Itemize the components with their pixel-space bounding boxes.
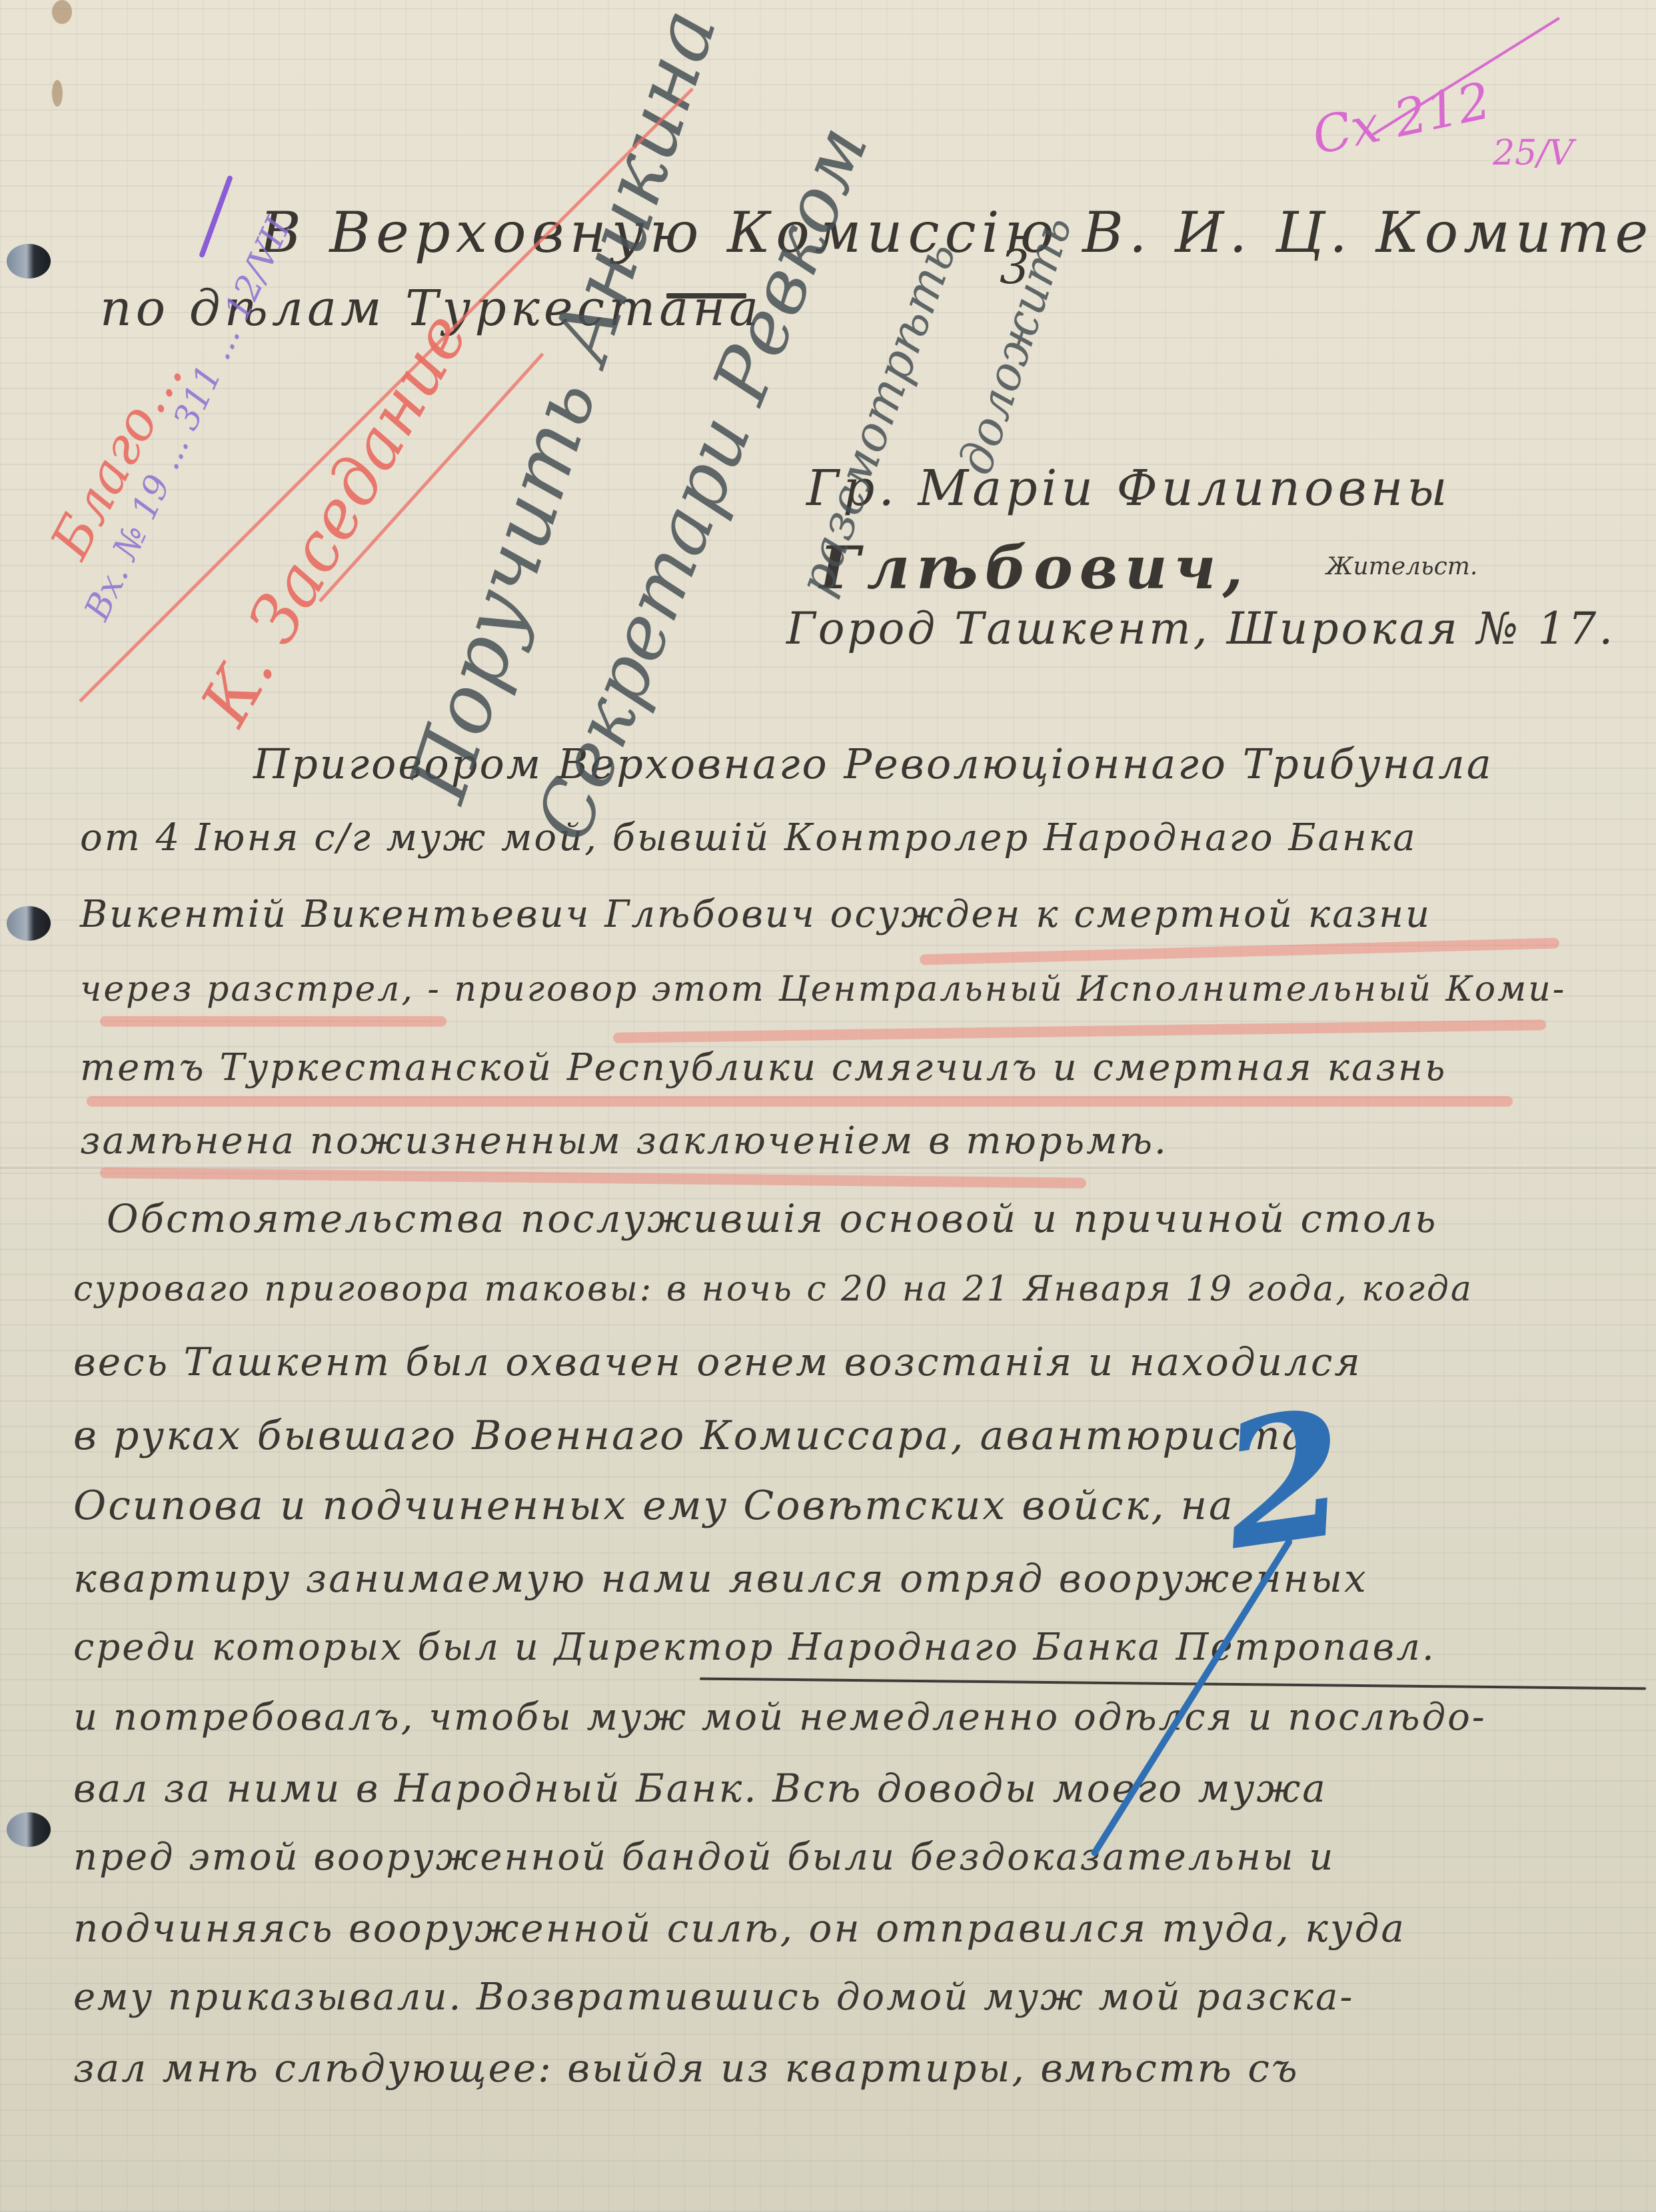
body-line: и потребовалъ, чтобы муж мой немедленно …	[73, 1696, 1487, 1739]
body-line: Викентій Викентьевич Глѣбович осужден к …	[80, 893, 1431, 936]
sender-name-line-1: Гр. Маріи Филиповны	[806, 460, 1451, 517]
sender-address: Город Ташкент, Широкая № 17.	[786, 603, 1615, 654]
paper-fold	[0, 1165, 1656, 1169]
red-underline	[100, 1167, 1086, 1188]
ink-mark-3: 3	[1000, 240, 1030, 294]
body-line: подчиняясь вооруженной силѣ, он отправил…	[73, 1906, 1406, 1951]
body-line: пред этой вооруженной бандой были бездок…	[73, 1836, 1335, 1879]
body-line: тетъ Туркестанской Республики смягчилъ и…	[80, 1046, 1447, 1089]
body-line: вал за ними в Народный Банк. Всѣ доводы …	[73, 1766, 1327, 1811]
body-line: ему приказывали. Возвратившись домой муж…	[73, 1975, 1354, 2019]
body-line: в руках бывшаго Военнаго Комиссара, аван…	[73, 1412, 1308, 1459]
ink-underline	[700, 1678, 1646, 1690]
paper-stain	[52, 80, 63, 107]
sender-name-line-2: Глѣбович,	[820, 533, 1249, 602]
paper-stain	[52, 0, 72, 24]
body-line: зал мнѣ слѣдующее: выйдя из квартиры, вм…	[73, 2045, 1299, 2091]
body-line: весь Ташкент был охвачен огнем возстанія…	[73, 1339, 1362, 1384]
body-line: суроваго приговора таковы: в ночь с 20 н…	[73, 1269, 1473, 1309]
red-underline	[920, 937, 1559, 965]
body-line: замѣнена пожизненным заключеніем в тюрьм…	[80, 1119, 1168, 1163]
red-underline	[613, 1019, 1546, 1043]
sender-residence-label: Жительст.	[1326, 553, 1477, 580]
red-underline	[100, 1016, 446, 1027]
document-sheet: В Верховную Комиссію В. И. Ц. Комитета п…	[0, 0, 1656, 2212]
body-line: квартиру занимаемую нами явился отряд во…	[73, 1556, 1368, 1601]
body-line: Осипова и подчиненных ему Совѣтских войс…	[73, 1482, 1235, 1529]
body-line: от 4 Іюня с/г муж мой, бывшій Контролер …	[80, 816, 1417, 859]
body-line: через разстрел, - приговор этот Централь…	[80, 969, 1566, 1009]
red-underline	[87, 1096, 1513, 1107]
registry-date: 25/V	[1493, 133, 1573, 173]
body-line: Обстоятельства послужившія основой и при…	[107, 1196, 1437, 1241]
binder-hole	[7, 1812, 51, 1847]
binder-hole	[7, 244, 51, 278]
violet-stroke	[199, 175, 233, 259]
binder-hole	[7, 906, 51, 941]
